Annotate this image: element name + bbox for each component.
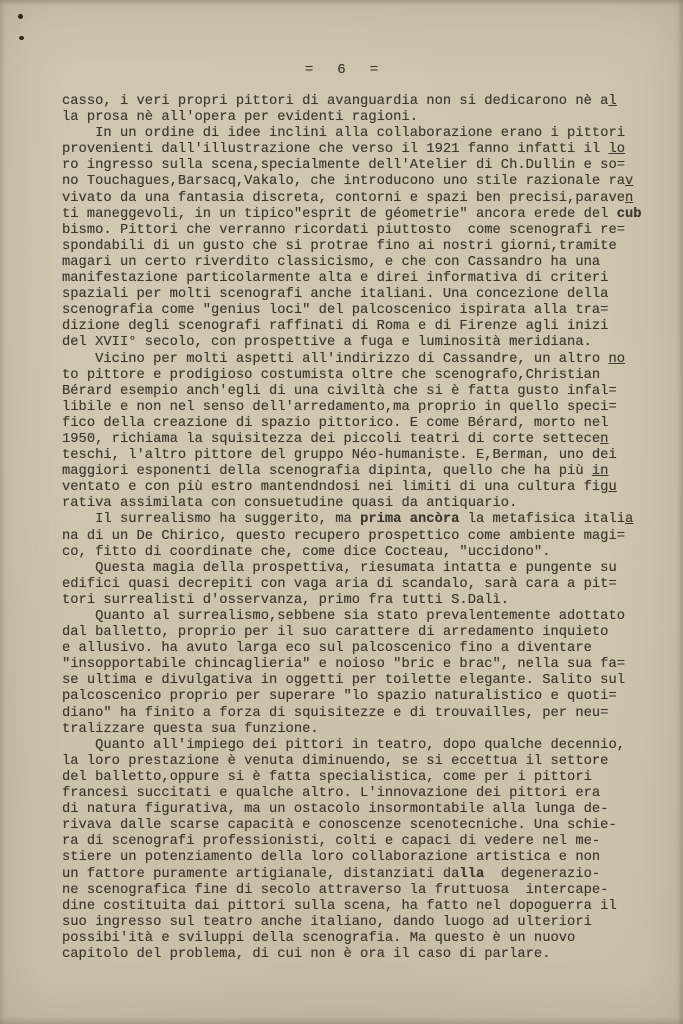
text-line: francesi succitati e qualche altro. L'in… — [62, 786, 662, 802]
document-page: =6= casso, i veri propri pittori di avan… — [0, 0, 683, 1024]
paragraph: Quanto al surrealismo,sebbene sia stato … — [62, 609, 662, 738]
text-line: tori surrealisti d'osservanza, primo fra… — [62, 593, 662, 609]
text-line: casso, i veri propri pittori di avanguar… — [62, 94, 662, 110]
text-line: ne scenografica fine di secolo attravers… — [62, 883, 662, 899]
text-line: suo ingresso sul teatro anche italiano, … — [62, 915, 662, 931]
text-line: un fattore puramente artigianale, distan… — [62, 867, 662, 883]
text-line: dine costituita dai pittori sulla scena,… — [62, 899, 662, 915]
text-line: e allusivo. ha avuto larga eco sul palco… — [62, 641, 662, 657]
text-line: Questa magia della prospettiva, riesumat… — [62, 561, 662, 577]
text-line: stiere un potenziamento della loro colla… — [62, 850, 662, 866]
text-line: to pittore e prodigioso costumista oltre… — [62, 368, 662, 384]
text-line: na di un De Chirico, questo recupero pro… — [62, 529, 662, 545]
paragraph: Questa magia della prospettiva, riesumat… — [62, 561, 662, 609]
text-line: possibi'ità e sviluppi della scenografia… — [62, 931, 662, 947]
paragraph: Quanto all'impiego dei pittori in teatro… — [62, 738, 662, 963]
text-line: maggiori esponenti della scenografia dip… — [62, 464, 662, 480]
text-line: 1950, richiama la squisitezza dei piccol… — [62, 432, 662, 448]
text-line: se ultima e divulgativa in oggetti per t… — [62, 673, 662, 689]
text-line: rivava dalle scarse capacità e conoscenz… — [62, 818, 662, 834]
text-line: capitolo del problema, di cui non è ora … — [62, 947, 662, 963]
text-line: no Touchagues,Barsacq,Vakalo, che introd… — [62, 174, 662, 190]
text-line: dal balletto, proprio per il suo caratte… — [62, 625, 662, 641]
text-line: "insopportabile chincaglieria" e noioso … — [62, 657, 662, 673]
text-line: bismo. Pittori che verranno ricordati pi… — [62, 223, 662, 239]
header-left-mark: = — [305, 62, 313, 78]
text-line: dizione degli scenografi raffinati di Ro… — [62, 319, 662, 335]
page-number: 6 — [337, 62, 345, 78]
text-line: la prosa nè all'opera per evidenti ragio… — [62, 110, 662, 126]
text-line: Quanto al surrealismo,sebbene sia stato … — [62, 609, 662, 625]
text-line: co, fitto di coordinate che, come dice C… — [62, 545, 662, 561]
header-right-mark: = — [370, 62, 378, 78]
text-line: edifici quasi decrepiti con vaga aria di… — [62, 577, 662, 593]
text-line: magari un certo riverdito classicismo, e… — [62, 255, 662, 271]
text-line: del balletto,oppure si è fatta specialis… — [62, 770, 662, 786]
paragraph: Vicino per molti aspetti all'indirizzo d… — [62, 352, 662, 513]
text-line: tralizzare questa sua funzione. — [62, 722, 662, 738]
text-line: palcoscenico proprio per superare "lo sp… — [62, 689, 662, 705]
text-line: Bérard esempio anch'egli di una civiltà … — [62, 384, 662, 400]
ink-speck — [19, 36, 24, 40]
page-number-line: =6= — [0, 62, 683, 78]
paragraph: Il surrealismo ha suggerito, ma prima an… — [62, 512, 662, 560]
text-line: In un ordine di idee inclini alla collab… — [62, 126, 662, 142]
text-line: manifestazione particolarmente alta e di… — [62, 271, 662, 287]
text-line: fico della creazione di spazio pittorico… — [62, 416, 662, 432]
text-line: del XVII° secolo, con prospettive a fuga… — [62, 335, 662, 351]
text-line: diano" ha finito a forza di squisitezze … — [62, 706, 662, 722]
text-line: Il surrealismo ha suggerito, ma prima an… — [62, 512, 662, 528]
text-line: vivato da una fantasia discreta, contorn… — [62, 191, 662, 207]
text-line: scenografia come "genius loci" del palco… — [62, 303, 662, 319]
paragraph: casso, i veri propri pittori di avanguar… — [62, 94, 662, 126]
text-line: ro ingresso sulla scena,specialmente del… — [62, 158, 662, 174]
text-line: ventato e con più estro mantendndosi nei… — [62, 480, 662, 496]
text-line: libile e non nel senso dell'arredamento,… — [62, 400, 662, 416]
typewritten-text: casso, i veri propri pittori di avanguar… — [62, 94, 662, 963]
paragraph: In un ordine di idee inclini alla collab… — [62, 126, 662, 351]
text-line: ti maneggevoli, in un tipico"esprit de g… — [62, 207, 662, 223]
text-line: Quanto all'impiego dei pittori in teatro… — [62, 738, 662, 754]
ink-speck — [18, 14, 23, 19]
text-line: spondabili di un gusto che si protrae fi… — [62, 239, 662, 255]
text-line: la loro prestazione è venuta diminuendo,… — [62, 754, 662, 770]
text-line: rativa assimilata con consuetudine quasi… — [62, 496, 662, 512]
text-line: spaziali per molti scenografi anche ital… — [62, 287, 662, 303]
text-line: di natura figurativa, ma un ostacolo ins… — [62, 802, 662, 818]
text-line: provenienti dall'illustrazione che verso… — [62, 142, 662, 158]
text-line: Vicino per molti aspetti all'indirizzo d… — [62, 352, 662, 368]
text-line: teschi, l'altro pittore del gruppo Néo-h… — [62, 448, 662, 464]
text-line: ra di scenografi professionisti, colti e… — [62, 834, 662, 850]
